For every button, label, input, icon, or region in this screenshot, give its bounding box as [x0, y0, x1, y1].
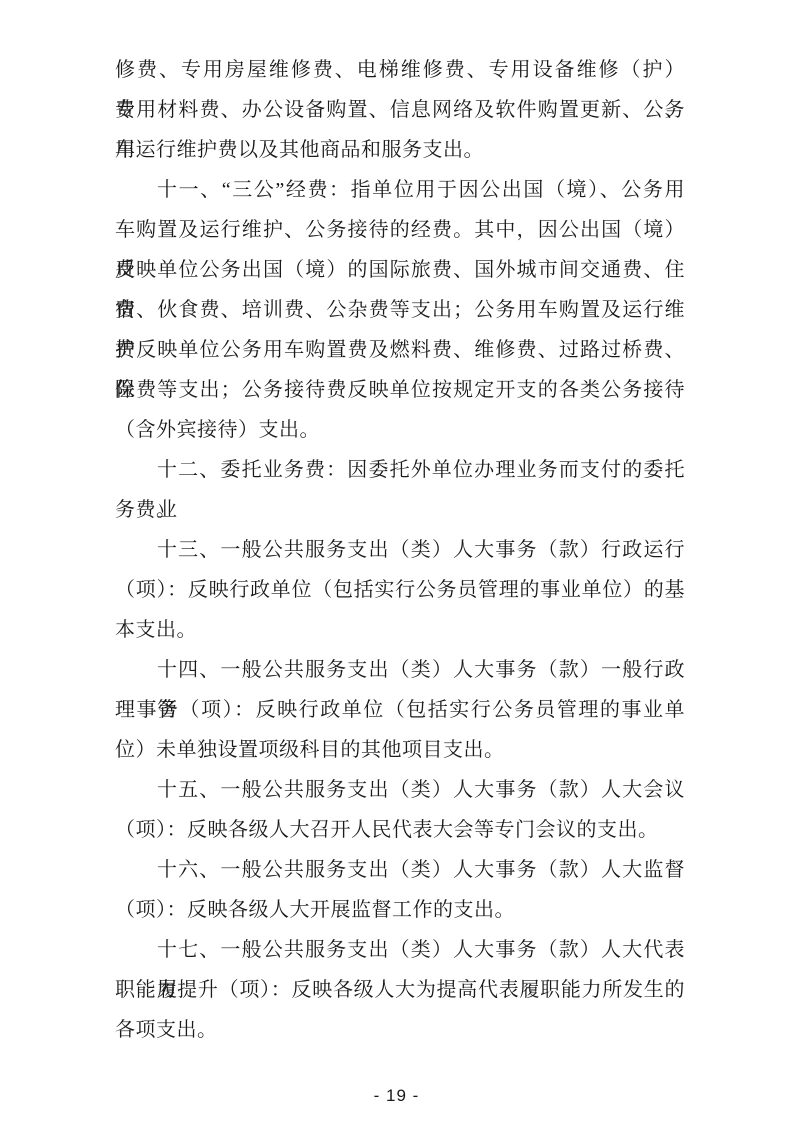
text-line: 务费。: [115, 490, 685, 530]
text-line: 反映单位公务出国（境）的国际旅费、国外城市间交通费、住宿: [115, 250, 685, 290]
text-line: 本支出。: [115, 610, 685, 650]
text-line: 职能力提升（项）：反映各级人大为提高代表履职能力所发生的: [115, 970, 685, 1010]
text-line: 车购置及运行维护、公务接待的经费。其中，因公出国（境）费: [115, 210, 685, 250]
text-line: 十七、一般公共服务支出（类）人大事务（款）人大代表履: [115, 930, 685, 970]
text-line: 十一、“三公”经费：指单位用于因公出国（境）、公务用: [115, 170, 685, 210]
text-line: 专用材料费、办公设备购置、信息网络及软件购置更新、公务用: [115, 90, 685, 130]
page-number: - 19 -: [0, 1086, 793, 1106]
text-line: （项）：反映各级人大开展监督工作的支出。: [115, 890, 685, 930]
text-line: 十六、一般公共服务支出（类）人大事务（款）人大监督: [115, 850, 685, 890]
text-line: 险费等支出；公务接待费反映单位按规定开支的各类公务接待: [115, 370, 685, 410]
text-line: 费、伙食费、培训费、公杂费等支出；公务用车购置及运行维护: [115, 290, 685, 330]
text-line: 各项支出。: [115, 1010, 685, 1050]
text-line: 十五、一般公共服务支出（类）人大事务（款）人大会议: [115, 770, 685, 810]
text-line: （含外宾接待）支出。: [115, 410, 685, 450]
text-line: （项）：反映各级人大召开人民代表大会等专门会议的支出。: [115, 810, 685, 850]
text-line: （项）：反映行政单位（包括实行公务员管理的事业单位）的基: [115, 570, 685, 610]
body-text-block: 修费、专用房屋维修费、电梯维修费、专用设备维修（护）费、专用材料费、办公设备购置…: [115, 50, 685, 1050]
text-line: 十三、一般公共服务支出（类）人大事务（款）行政运行: [115, 530, 685, 570]
text-line: 修费、专用房屋维修费、电梯维修费、专用设备维修（护）费、: [115, 50, 685, 90]
text-line: 十四、一般公共服务支出（类）人大事务（款）一般行政管: [115, 650, 685, 690]
document-page: 修费、专用房屋维修费、电梯维修费、专用设备维修（护）费、专用材料费、办公设备购置…: [0, 0, 793, 1122]
text-line: 位）未单独设置项级科目的其他项目支出。: [115, 730, 685, 770]
text-line: 十二、委托业务费：因委托外单位办理业务而支付的委托业: [115, 450, 685, 490]
text-line: 车运行维护费以及其他商品和服务支出。: [115, 130, 685, 170]
text-line: 理事务（项）：反映行政单位（包括实行公务员管理的事业单: [115, 690, 685, 730]
text-line: 费反映单位公务用车购置费及燃料费、维修费、过路过桥费、保: [115, 330, 685, 370]
